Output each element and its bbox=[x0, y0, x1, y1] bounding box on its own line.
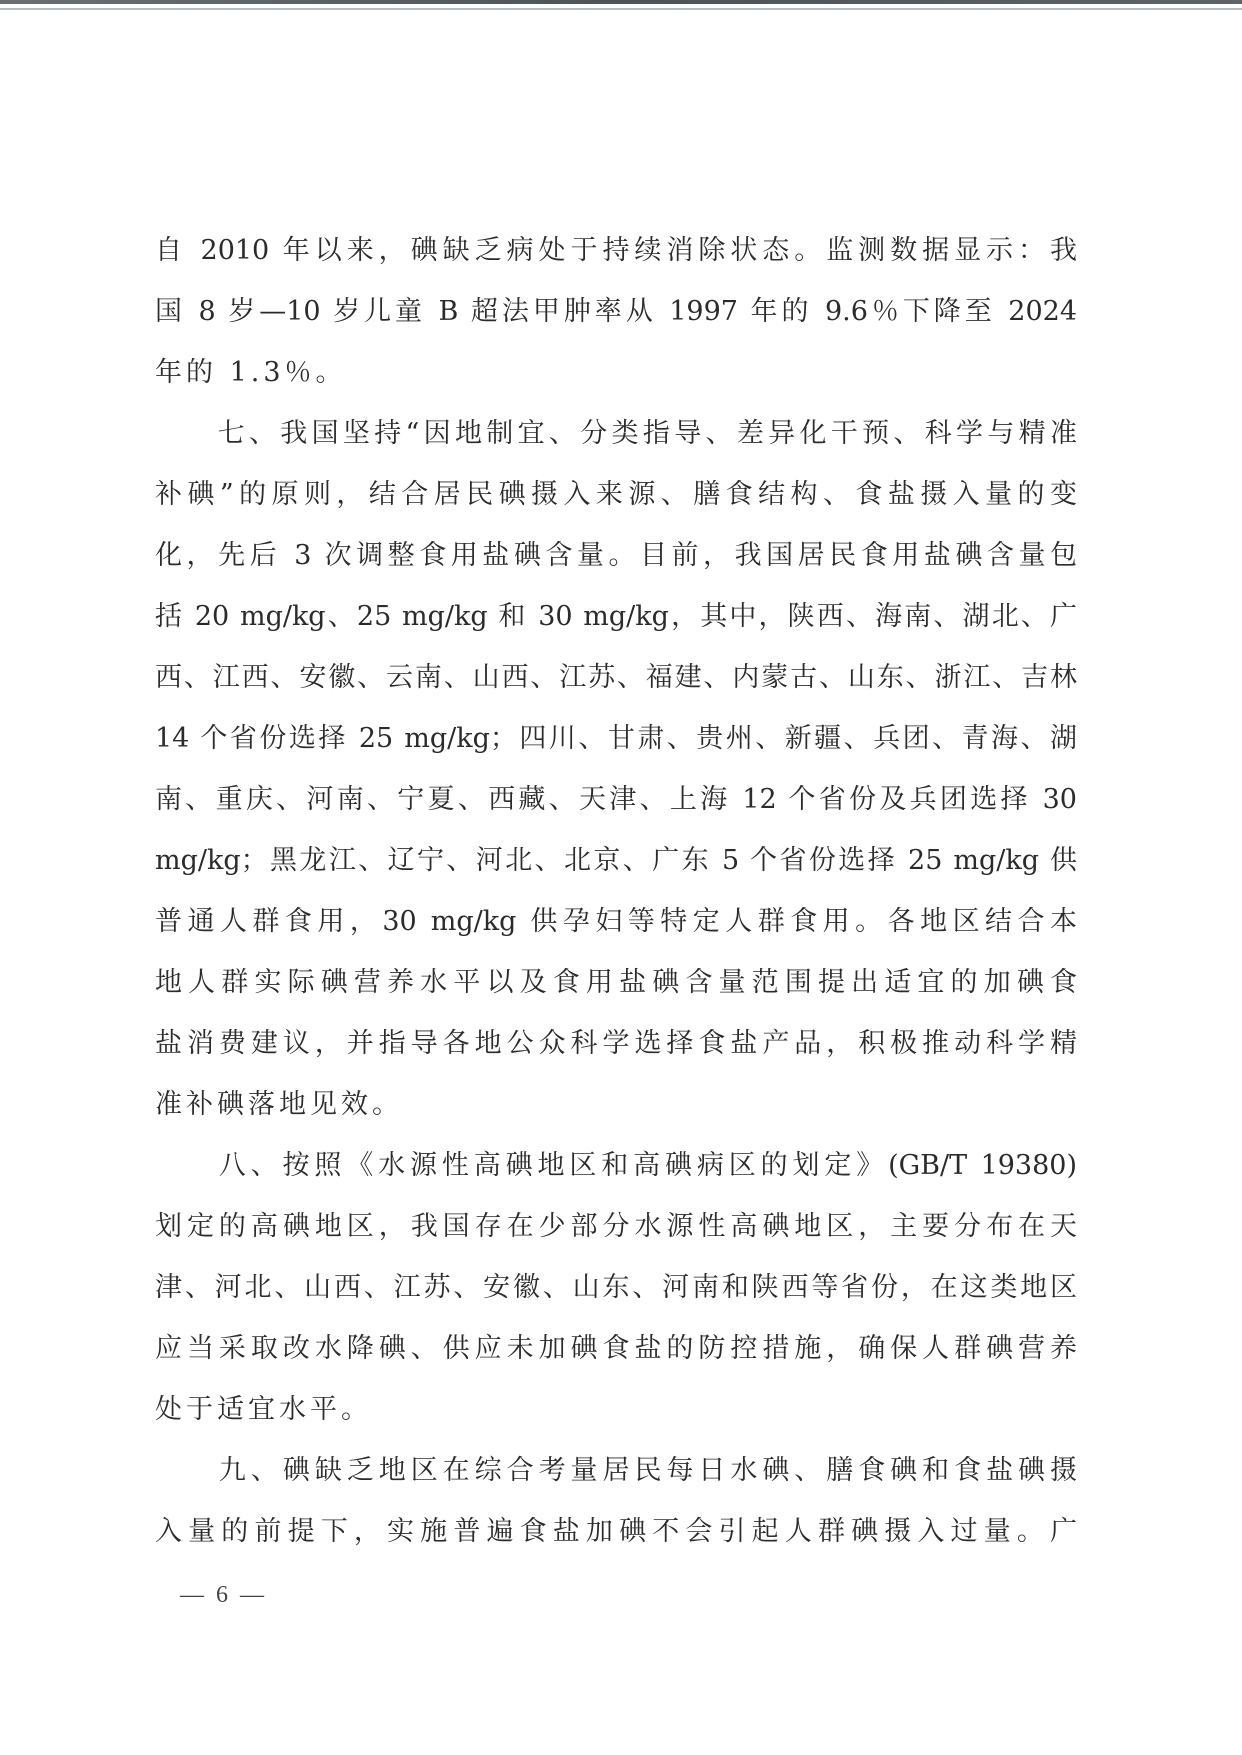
text-line: 西、江西、安徽、云南、山西、江苏、福建、内蒙古、山东、浙江、吉林 bbox=[155, 653, 1077, 714]
paragraph-9: 九、碘缺乏地区在综合考量居民每日水碘、膳食碘和食盐碘摄 入量的前提下，实施普遍食… bbox=[155, 1446, 1077, 1568]
text-line: 津、河北、山西、江苏、安徽、山东、河南和陕西等省份，在这类地区 bbox=[155, 1263, 1077, 1324]
text-line: 括 20 mg/kg、25 mg/kg 和 30 mg/kg，其中，陕西、海南、… bbox=[155, 592, 1077, 653]
text-line: 八、按照《水源性高碘地区和高碘病区的划定》(GB/T 19380) bbox=[155, 1141, 1077, 1202]
paragraph-7: 七、我国坚持“因地制宜、分类指导、差异化干预、科学与精准 补碘”的原则，结合居民… bbox=[155, 409, 1077, 1141]
document-body: 自 2010 年以来，碘缺乏病处于持续消除状态。监测数据显示：我 国 8 岁—1… bbox=[155, 226, 1077, 1568]
text-line: 划定的高碘地区，我国存在少部分水源性高碘地区，主要分布在天 bbox=[155, 1202, 1077, 1263]
text-line: 化，先后 3 次调整食用盐碘含量。目前，我国居民食用盐碘含量包 bbox=[155, 531, 1077, 592]
header-rule-thin bbox=[0, 8, 1242, 10]
text-line: 七、我国坚持“因地制宜、分类指导、差异化干预、科学与精准 bbox=[155, 409, 1077, 470]
text-line: 普通人群食用，30 mg/kg 供孕妇等特定人群食用。各地区结合本 bbox=[155, 897, 1077, 958]
text-line: 自 2010 年以来，碘缺乏病处于持续消除状态。监测数据显示：我 bbox=[155, 226, 1077, 287]
text-line: 入量的前提下，实施普遍食盐加碘不会引起人群碘摄入过量。广 bbox=[155, 1507, 1077, 1568]
text-line: 应当采取改水降碘、供应未加碘食盐的防控措施，确保人群碘营养 bbox=[155, 1324, 1077, 1385]
text-line: 国 8 岁—10 岁儿童 B 超法甲肿率从 1997 年的 9.6％下降至 20… bbox=[155, 287, 1077, 348]
paragraph-6-continued: 自 2010 年以来，碘缺乏病处于持续消除状态。监测数据显示：我 国 8 岁—1… bbox=[155, 226, 1077, 409]
paragraph-8: 八、按照《水源性高碘地区和高碘病区的划定》(GB/T 19380) 划定的高碘地… bbox=[155, 1141, 1077, 1446]
text-line: mg/kg；黑龙江、辽宁、河北、北京、广东 5 个省份选择 25 mg/kg 供 bbox=[155, 836, 1077, 897]
text-line: 南、重庆、河南、宁夏、西藏、天津、上海 12 个省份及兵团选择 30 bbox=[155, 775, 1077, 836]
text-line: 处于适宜水平。 bbox=[155, 1385, 1077, 1446]
text-line: 14 个省份选择 25 mg/kg；四川、甘肃、贵州、新疆、兵团、青海、湖 bbox=[155, 714, 1077, 775]
text-line: 补碘”的原则，结合居民碘摄入来源、膳食结构、食盐摄入量的变 bbox=[155, 470, 1077, 531]
header-rule-thick bbox=[0, 0, 1242, 4]
text-line: 九、碘缺乏地区在综合考量居民每日水碘、膳食碘和食盐碘摄 bbox=[155, 1446, 1077, 1507]
text-line: 地人群实际碘营养水平以及食用盐碘含量范围提出适宜的加碘食 bbox=[155, 958, 1077, 1019]
text-line: 准补碘落地见效。 bbox=[155, 1080, 1077, 1141]
text-line: 年的 1.3％。 bbox=[155, 348, 1077, 409]
text-line: 盐消费建议，并指导各地公众科学选择食盐产品，积极推动科学精 bbox=[155, 1019, 1077, 1080]
page-number: — 6 — bbox=[180, 1582, 264, 1609]
